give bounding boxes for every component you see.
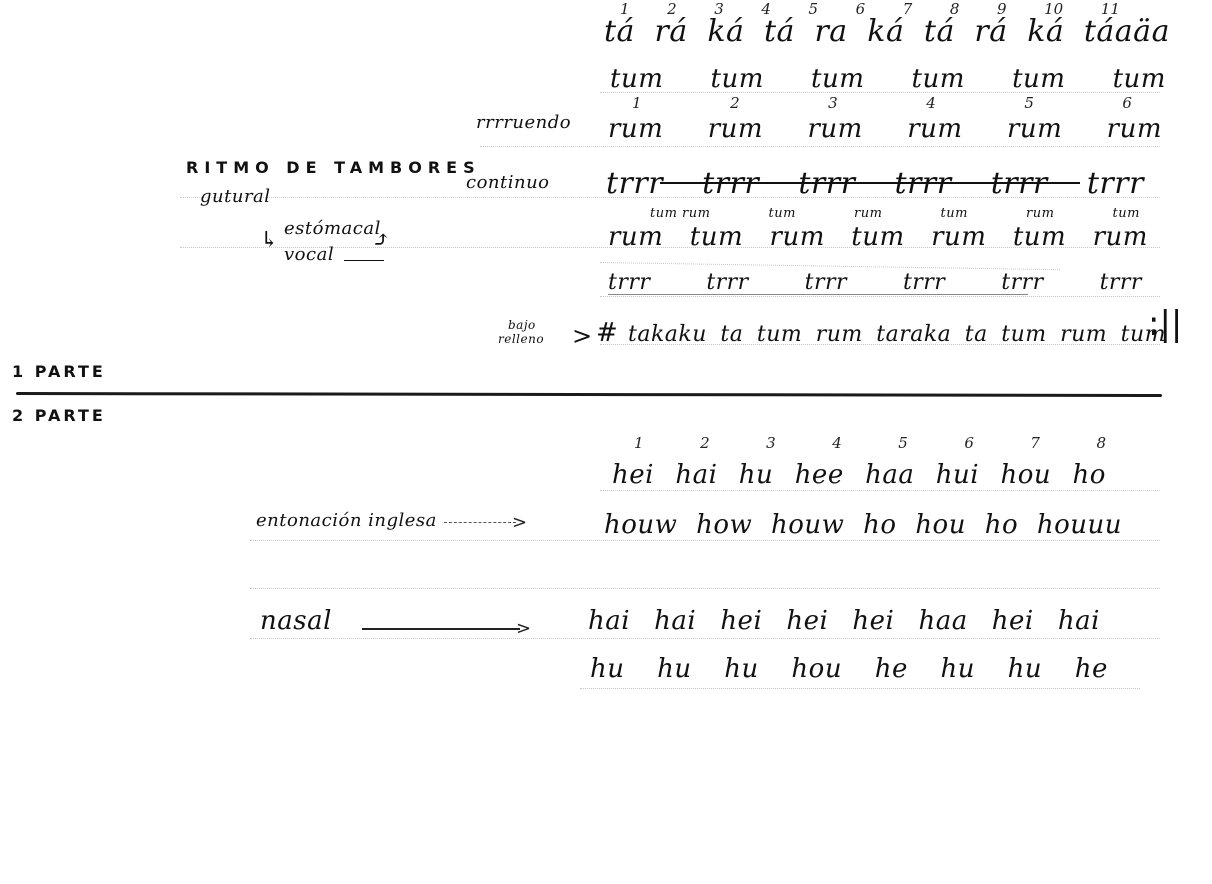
trrr-line-label: continuo bbox=[466, 172, 550, 193]
ritmo-subtitle: gutural bbox=[200, 186, 271, 207]
beat-number: 2 bbox=[730, 94, 740, 112]
part2-heading: 2 PARTE bbox=[12, 406, 106, 425]
beat-number: 3 bbox=[828, 94, 838, 112]
nasal-line2: hu hu hu hou he hu hu he bbox=[590, 654, 1108, 684]
mixed-word: rum bbox=[1026, 206, 1054, 221]
vocal-syllable: hei bbox=[720, 606, 762, 636]
repeat-end-icon: :|| bbox=[1148, 304, 1182, 344]
rum-numbers: 1 2 3 4 5 6 bbox=[632, 94, 1132, 112]
ritmo-note-a: estómacal bbox=[284, 218, 381, 239]
vocal-syllable: haa bbox=[865, 460, 914, 490]
tum-word: tum bbox=[912, 64, 965, 94]
nasal-arrow: > bbox=[362, 618, 531, 639]
guide-line bbox=[250, 588, 1160, 589]
vocal-syllable: hei bbox=[992, 606, 1034, 636]
vocal-syllable: hei bbox=[852, 606, 894, 636]
mixed-upper-line: tum rum tum rum tum rum tum bbox=[650, 206, 1140, 221]
syllable: tá bbox=[924, 14, 955, 49]
beat-number: 1 bbox=[632, 94, 642, 112]
vocal-syllable: he bbox=[1075, 654, 1108, 684]
vocal-syllable: hu bbox=[941, 654, 976, 684]
tum-word: tum bbox=[1113, 64, 1166, 94]
trrr-word: trrr bbox=[1087, 166, 1144, 201]
syllable: rá bbox=[974, 14, 1007, 49]
mixed-word: tum bbox=[941, 206, 968, 221]
arrow-shaft bbox=[444, 522, 516, 523]
mixed-word: rum bbox=[931, 222, 986, 252]
trrr-word: trrr bbox=[606, 166, 663, 201]
arrow-shaft bbox=[362, 628, 520, 630]
vocal-syllable: hu bbox=[590, 654, 625, 684]
vocal-syllable: hu bbox=[657, 654, 692, 684]
part2-numbers: 1 2 3 4 5 6 7 8 bbox=[634, 434, 1106, 452]
vocal-syllable: hee bbox=[795, 460, 844, 490]
vocal-syllable: hou bbox=[1000, 460, 1051, 490]
trrr-word: trrr bbox=[608, 270, 650, 295]
mixed-word: rum bbox=[1093, 222, 1148, 252]
nasal-label: nasal bbox=[260, 606, 332, 636]
mixed-word: tum bbox=[851, 222, 904, 252]
syllable: tá bbox=[764, 14, 795, 49]
trrr-word: trrr bbox=[805, 270, 847, 295]
vocal-syllable: hei bbox=[612, 460, 654, 490]
tum-line: tum tum tum tum tum tum bbox=[610, 64, 1166, 94]
handwritten-page: 1 2 3 4 5 6 7 8 9 10 11 tá rá ká tá ra k… bbox=[0, 0, 1212, 884]
trrr-word: trrr bbox=[706, 270, 748, 295]
beat-number: 2 bbox=[700, 434, 710, 452]
beat-number: 3 bbox=[766, 434, 776, 452]
tum-word: tum bbox=[1012, 64, 1065, 94]
syllable: ká bbox=[867, 14, 904, 49]
syllable: rá bbox=[655, 14, 688, 49]
vocal-syllable: hai bbox=[1058, 606, 1100, 636]
syllable: ra bbox=[814, 14, 847, 49]
beat-number: 4 bbox=[926, 94, 936, 112]
vocal-syllable: he bbox=[875, 654, 908, 684]
rum-word: rum bbox=[907, 114, 962, 144]
rum-line-label: rrrruendo bbox=[476, 112, 571, 133]
vocal-syllable: houuu bbox=[1037, 510, 1122, 540]
trrr-continuous-line bbox=[660, 182, 1080, 184]
guide-line bbox=[580, 688, 1140, 689]
mixed-word: tum bbox=[1113, 206, 1140, 221]
vocal-syllable: hai bbox=[654, 606, 696, 636]
curved-arrow-icon: ↳ bbox=[260, 228, 279, 253]
nasal-line1: hai hai hei hei hei haa hei hai bbox=[588, 606, 1100, 636]
part1-heading: 1 PARTE bbox=[12, 362, 106, 381]
guide-line bbox=[600, 262, 1060, 270]
rum-word: rum bbox=[708, 114, 763, 144]
syllable: tá bbox=[604, 14, 635, 49]
rum-word: rum bbox=[1107, 114, 1162, 144]
mixed-lower-line: rum tum rum tum rum tum rum bbox=[608, 222, 1148, 252]
rum-word: rum bbox=[807, 114, 862, 144]
beat-number: 6 bbox=[964, 434, 974, 452]
vocal-syllable: ho bbox=[985, 510, 1018, 540]
beat-number: 4 bbox=[832, 434, 842, 452]
beat-number: 6 bbox=[1122, 94, 1132, 112]
beat-number: 1 bbox=[634, 434, 644, 452]
rum-line: rum rum rum rum rum rum bbox=[608, 114, 1162, 144]
guide-line bbox=[480, 146, 1160, 147]
tum-word: tum bbox=[711, 64, 764, 94]
beat-number: 7 bbox=[1030, 434, 1040, 452]
beat-number: 5 bbox=[1024, 94, 1034, 112]
trrr-word: trrr bbox=[1001, 270, 1043, 295]
vocal-syllable: ho bbox=[1073, 460, 1106, 490]
bajo-marker: > bbox=[572, 322, 593, 350]
sharp-sign-icon: # bbox=[596, 318, 618, 348]
guide-line bbox=[250, 540, 1160, 541]
arrow-head-icon: > bbox=[516, 618, 531, 639]
tum-word: tum bbox=[811, 64, 864, 94]
mixed-word: rum bbox=[854, 206, 882, 221]
ritmo-title: RITMO DE TAMBORES bbox=[186, 158, 481, 177]
mixed-word: tum bbox=[1013, 222, 1066, 252]
syllable: ká bbox=[1027, 14, 1064, 49]
vocal-syllable: hu bbox=[739, 460, 774, 490]
vocal-syllable: hui bbox=[936, 460, 979, 490]
syllable: ká bbox=[707, 14, 744, 49]
trrr-word: trrr bbox=[1100, 270, 1142, 295]
entonacion-label: entonación inglesa bbox=[256, 510, 437, 531]
trrr-word: trrr bbox=[903, 270, 945, 295]
mixed-word: rum bbox=[608, 222, 663, 252]
ritmo-note-b: vocal bbox=[284, 244, 334, 265]
mixed-word: tum bbox=[690, 222, 743, 252]
trrr-faint-underline bbox=[608, 294, 1028, 295]
guide-line bbox=[600, 490, 1160, 491]
vocal-syllable: houw bbox=[604, 510, 677, 540]
tum-word: tum bbox=[610, 64, 663, 94]
relleno-label: relleno bbox=[498, 332, 544, 346]
vocal-syllable: haa bbox=[918, 606, 967, 636]
part2-line1: hei hai hu hee haa hui hou ho bbox=[612, 460, 1106, 490]
mixed-word: rum bbox=[770, 222, 825, 252]
vocal-syllable: houw bbox=[771, 510, 844, 540]
entonacion-line: houw how houw ho hou ho houuu bbox=[604, 510, 1122, 540]
beat-number: 8 bbox=[1096, 434, 1106, 452]
mixed-word: tum rum bbox=[650, 206, 710, 221]
arrow-head-icon: > bbox=[512, 512, 527, 533]
mixed-word: tum bbox=[769, 206, 796, 221]
section-divider bbox=[16, 392, 1162, 397]
note-arrow-line bbox=[344, 260, 384, 261]
beat-number: 5 bbox=[898, 434, 908, 452]
vocal-syllable: hu bbox=[724, 654, 759, 684]
syllable-line: tá rá ká tá ra ká tá rá ká táaäa bbox=[604, 14, 1170, 49]
vocal-syllable: how bbox=[696, 510, 752, 540]
rum-word: rum bbox=[608, 114, 663, 144]
curved-arrow-icon: ⤴ bbox=[372, 228, 391, 253]
vocal-syllable: hai bbox=[588, 606, 630, 636]
entonacion-arrow: > bbox=[444, 512, 527, 533]
vocal-syllable: hou bbox=[791, 654, 842, 684]
vocal-syllable: ho bbox=[863, 510, 896, 540]
bajo-line-text: takaku ta tum rum taraka ta tum rum tum bbox=[628, 322, 1166, 347]
vocal-syllable: hai bbox=[675, 460, 717, 490]
trrr-faint-line: trrr trrr trrr trrr trrr trrr bbox=[608, 270, 1142, 295]
vocal-syllable: hu bbox=[1008, 654, 1043, 684]
rum-word: rum bbox=[1007, 114, 1062, 144]
guide-line bbox=[600, 296, 1160, 297]
syllable: táaäa bbox=[1084, 14, 1170, 49]
bajo-label: bajo bbox=[508, 318, 536, 332]
vocal-syllable: hou bbox=[915, 510, 966, 540]
vocal-syllable: hei bbox=[786, 606, 828, 636]
